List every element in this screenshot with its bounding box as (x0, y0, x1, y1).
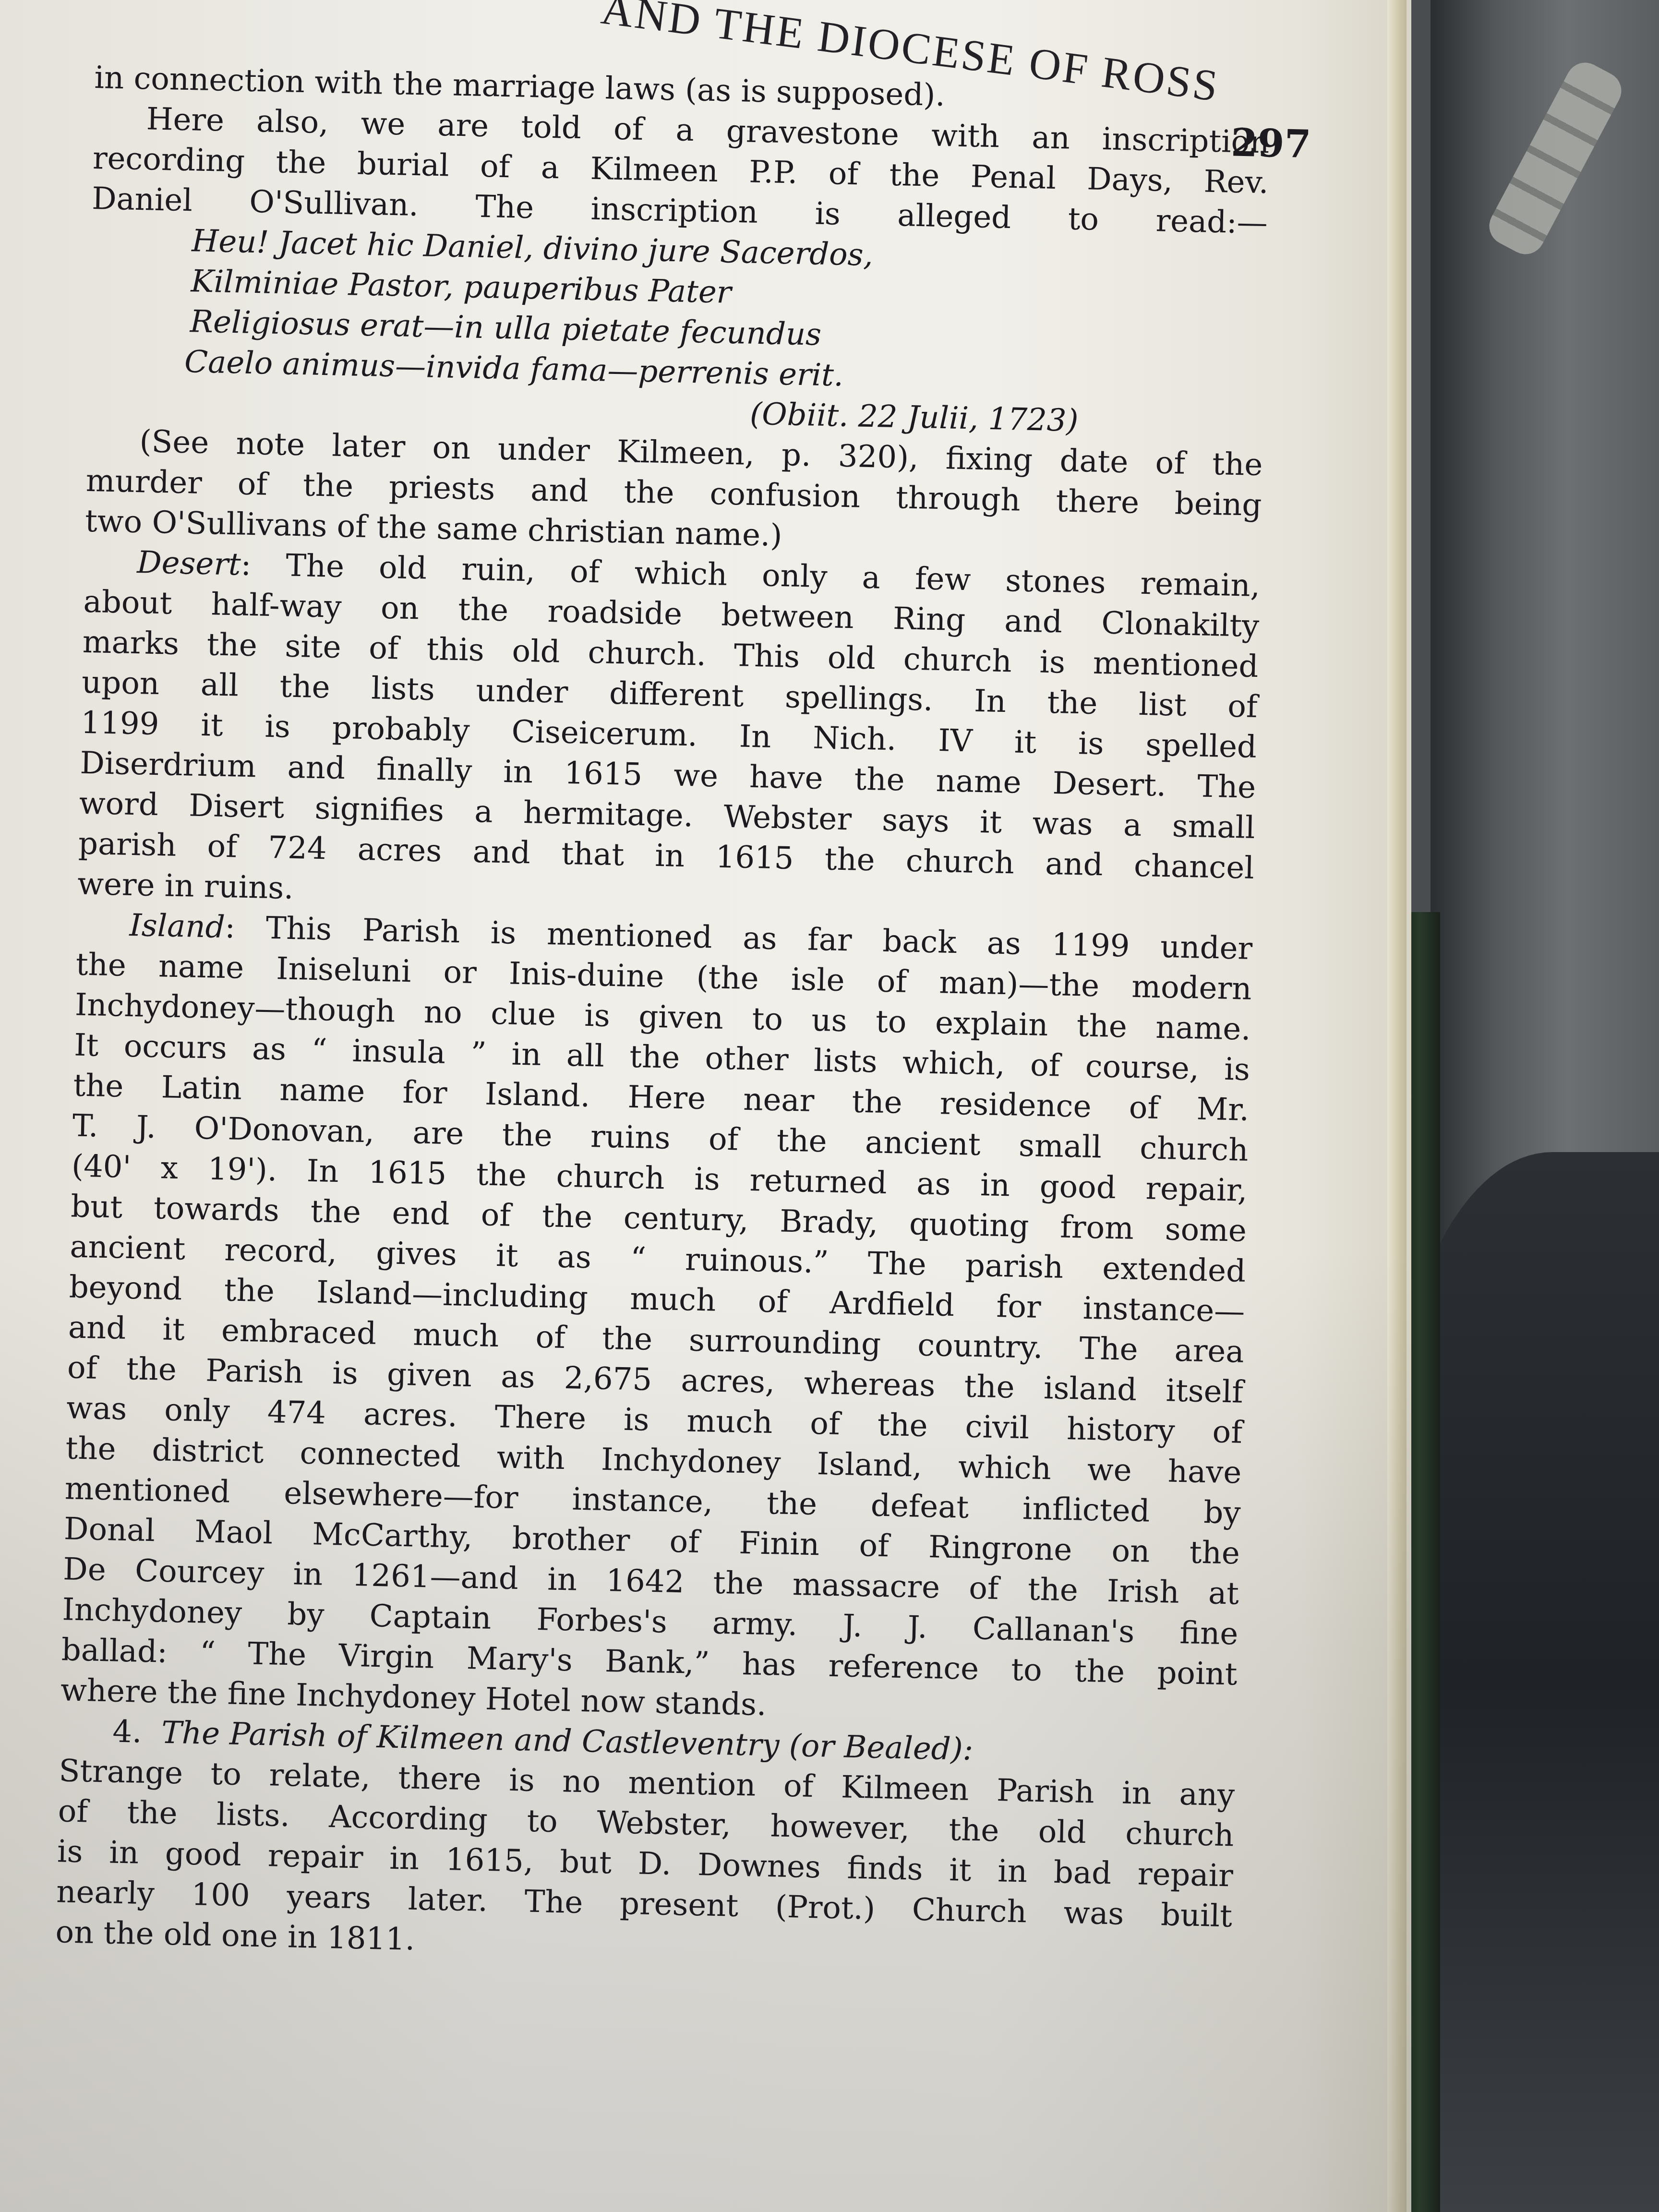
book-cover-edge (1407, 912, 1440, 2212)
paragraph-here-also: Here also, we are told of a gravestone w… (91, 98, 1270, 243)
section-number: 4. (112, 1714, 143, 1750)
paragraph-island: Island: This Parish is mentioned as far … (60, 904, 1253, 1735)
page-text-block: AND THE DIOCESE OF ROSS 297 in connectio… (96, 0, 1272, 24)
paragraph-see-note: (See note later on under Kilmeen, p. 320… (84, 421, 1263, 566)
section-heading-desert: Desert (137, 545, 241, 583)
section-heading-island: Island (129, 908, 225, 945)
latin-inscription: Heu! Jacet hic Daniel, divino jure Sacer… (87, 219, 1267, 445)
page-body: in connection with the marriage laws (as… (55, 58, 1271, 1977)
paragraph-desert: Desert: The old ruin, of which only a fe… (77, 541, 1261, 929)
book-page: AND THE DIOCESE OF ROSS 297 in connectio… (0, 0, 1411, 2212)
paragraph-kilmeen: 4. The Parish of Kilmeen and Castleventr… (55, 1710, 1236, 1977)
